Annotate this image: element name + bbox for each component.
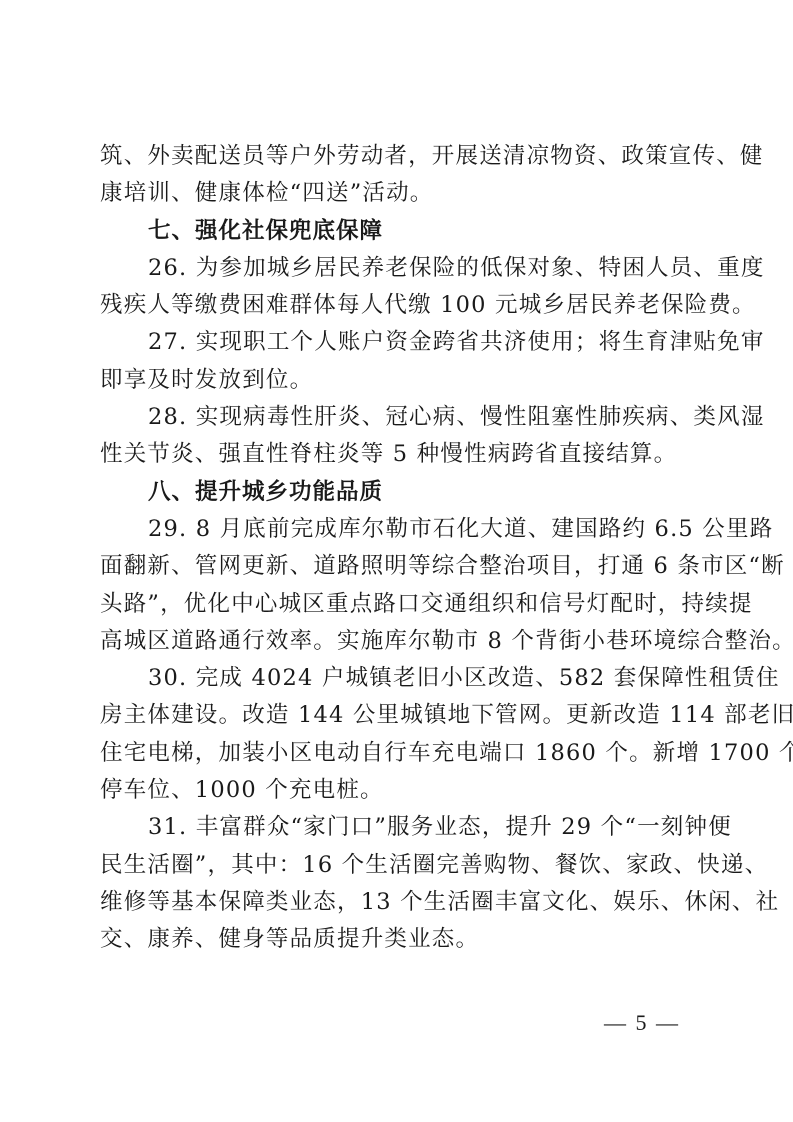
body-text-line: 面翻新、管网更新、道路照明等综合整治项目，打通 6 条市区“断 <box>100 548 700 585</box>
body-text-line: 民生活圈”，其中：16 个生活圈完善购物、餐饮、家政、快递、 <box>100 847 700 884</box>
body-text-line: 住宅电梯，加装小区电动自行车充电端口 1860 个。新增 1700 个 <box>100 735 700 772</box>
item-31-text: 31. 丰富群众“家门口”服务业态，提升 29 个“一刻钟便 <box>100 809 700 846</box>
item-27-text: 27. 实现职工个人账户资金跨省共济使用；将生育津贴免审 <box>100 324 700 361</box>
section-heading-7: 七、强化社保兜底保障 <box>100 213 700 250</box>
section-heading-8: 八、提升城乡功能品质 <box>100 474 700 511</box>
item-28-text: 28. 实现病毒性肝炎、冠心病、慢性阻塞性肺疾病、类风湿 <box>100 399 700 436</box>
body-text-line: 交、康养、健身等品质提升类业态。 <box>100 921 700 958</box>
body-text-line: 高城区道路通行效率。实施库尔勒市 8 个背街小巷环境综合整治。 <box>100 623 700 660</box>
body-text-line: 头路”，优化中心城区重点路口交通组织和信号灯配时，持续提 <box>100 586 700 623</box>
body-text-line: 维修等基本保障类业态，13 个生活圈丰富文化、娱乐、休闲、社 <box>100 884 700 921</box>
document-page: 筑、外卖配送员等户外劳动者，开展送清凉物资、政策宣传、健 康培训、健康体检“四送… <box>100 138 700 959</box>
item-30-text: 30. 完成 4024 户城镇老旧小区改造、582 套保障性租赁住 <box>100 660 700 697</box>
body-text-line: 筑、外卖配送员等户外劳动者，开展送清凉物资、政策宣传、健 <box>100 138 700 175</box>
body-text-line: 性关节炎、强直性脊柱炎等 5 种慢性病跨省直接结算。 <box>100 436 700 473</box>
body-text-line: 即享及时发放到位。 <box>100 362 700 399</box>
body-text-line: 停车位、1000 个充电桩。 <box>100 772 700 809</box>
body-text-line: 残疾人等缴费困难群体每人代缴 100 元城乡居民养老保险费。 <box>100 287 700 324</box>
item-26-text: 26. 为参加城乡居民养老保险的低保对象、特困人员、重度 <box>100 250 700 287</box>
item-29-text: 29. 8 月底前完成库尔勒市石化大道、建国路约 6.5 公里路 <box>100 511 700 548</box>
body-text-line: 康培训、健康体检“四送”活动。 <box>100 175 700 212</box>
page-number: — 5 — <box>604 1010 680 1036</box>
body-text-line: 房主体建设。改造 144 公里城镇地下管网。更新改造 114 部老旧 <box>100 697 700 734</box>
